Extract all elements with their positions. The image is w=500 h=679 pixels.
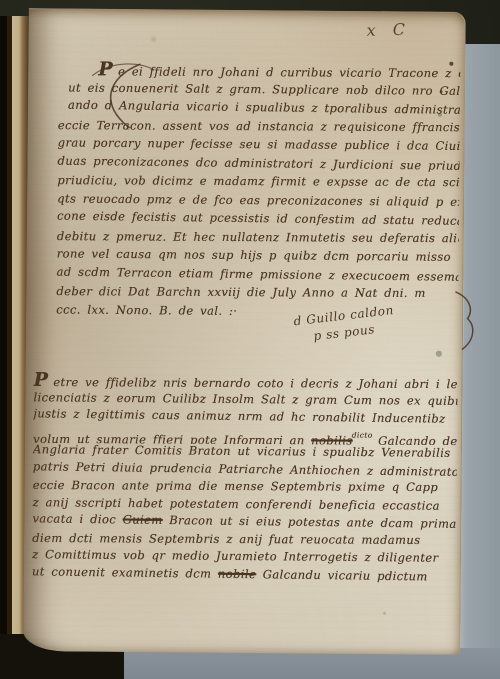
line-text: Galcando de [372,433,458,444]
line-text: e ei ffideli nro Johani d curribus vicar… [118,64,460,80]
line-text: ut conuenit examinetis dcm [32,564,218,580]
manuscript-line: priudiciu, vob dicimz e madamz firmit e … [57,171,459,192]
struck-word: Guiem [123,512,163,527]
folio-number: x C [366,20,411,40]
photograph: x C Pe ei ffideli nro Johani d curribus … [0,0,500,679]
manuscript-line: debitu z pmeruz. Et hec nullatenz Inmute… [57,227,459,248]
line-text: Bracon ut si eius potestas ante dcam pri… [163,513,457,531]
paragraph-2: Petre ve ffidelibz nris bernardo coto i … [32,371,458,585]
decorated-initial: P [98,60,113,80]
interlinear-insertion: dicto [352,430,373,439]
line-text: Galcandu vicariu pdictum [256,567,428,583]
struck-word: nobile [218,566,256,580]
line-text: volum ut sumarie ffieri pote Informari a… [33,431,311,444]
paper-specks [29,9,31,11]
manuscript-line: volum ut sumarie ffieri pote Informari a… [33,424,457,444]
struck-word: nobilis [311,433,353,444]
decorated-initial: P [34,372,49,391]
manuscript-line: deber dici Dat Barchn xxviij die July An… [56,282,458,303]
line-text: vacata i dioc [32,511,122,526]
manuscript-line: Petre ve ffidelibz nris bernardo coto i … [34,372,458,392]
manuscript-line: diem dcti mensis Septembris z anij fuat … [32,529,456,549]
manuscript-page: x C Pe ei ffideli nro Johani d curribus … [23,8,466,655]
paragraph-1: Pe ei ffideli nro Johani d curribus vica… [56,59,460,321]
manuscript-line: eccie Bracon ante prima die mense Septem… [33,477,457,497]
manuscript-line: eccie Terracon. assent vos ad instancia … [58,116,460,137]
manuscript-line: Pe ei ffideli nro Johani d curribus vica… [58,60,460,81]
line-text: etre ve ffidelibz nris bernardo coto i d… [53,375,457,391]
